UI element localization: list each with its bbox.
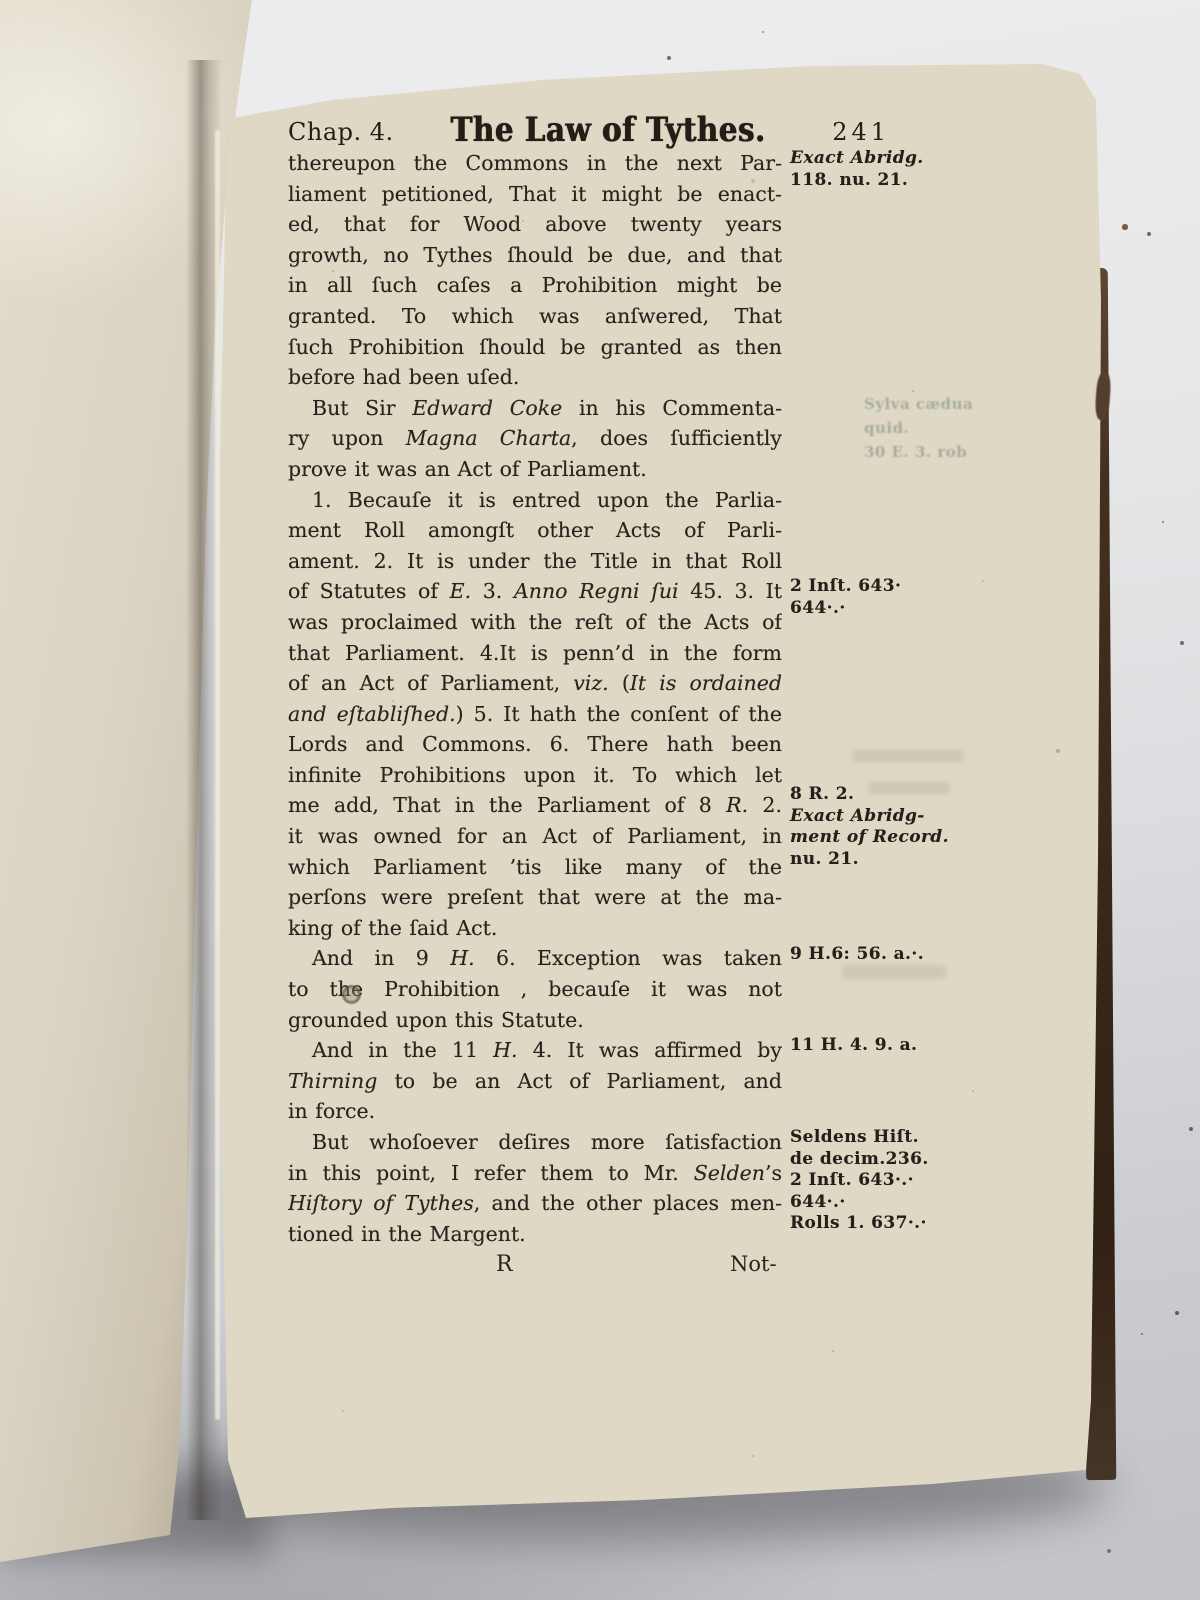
margin-note: 11 H. 4. 9. a. xyxy=(790,1035,952,1057)
text-line: 8 R. 2. xyxy=(790,784,952,806)
text-line: 30 E. 3. rob xyxy=(864,440,973,464)
text-line: Exact Abridg. xyxy=(790,148,952,170)
paragraph: But whoſoever deſires more ſatisfactioni… xyxy=(288,1127,782,1249)
text-line: liament petitioned, That it might be ena… xyxy=(288,179,782,210)
text-line: granted. To which was anſwered, That xyxy=(288,301,782,332)
book-photo: us Counſello:in or about the ſame yas a … xyxy=(0,0,1200,1600)
text-line: Exact Abridg- xyxy=(790,806,952,828)
text-line: and eſtabliſhed.) 5. It hath the conſent… xyxy=(288,699,782,730)
right-page: Chap. 4. The Law of Tythes. 241 Sylva cæ… xyxy=(212,60,1104,1528)
text-line: Thirning to be an Act of Parliament, and xyxy=(288,1066,782,1097)
text-line: it was owned for an Act of Parliament, i… xyxy=(288,821,782,852)
text-line: ſuch Prohibition ſhould be granted as th… xyxy=(288,332,782,363)
text-line: 1. Becauſe it is entred upon the Parlia- xyxy=(288,485,782,516)
ghost-smudge xyxy=(852,750,964,762)
paragraph: But Sir Edward Coke in his Commenta-ry u… xyxy=(288,393,782,485)
text-line: grounded upon this Statute. xyxy=(288,1005,782,1036)
running-title: The Law of Tythes. xyxy=(450,111,765,150)
text-line: de decim.236. xyxy=(790,1149,952,1171)
text-line: ed, that for Wood above twenty years xyxy=(288,209,782,240)
text-line: ament. 2. It is under the Title in that … xyxy=(288,546,782,577)
ghost-smudge xyxy=(842,965,946,979)
text-line: in this point, I refer them to Mr. Selde… xyxy=(288,1158,782,1189)
text-line: before had been uſed. xyxy=(288,362,782,393)
text-line: that Parliament. 4.It is penn’d in the f… xyxy=(288,638,782,669)
text-line: infinite Prohibitions upon it. To which … xyxy=(288,760,782,791)
text-line: 118. nu. 21. xyxy=(790,170,952,192)
paragraph: thereupon the Commons in the next Par-li… xyxy=(288,148,782,393)
text-line: 2 Inſt. 643·.· xyxy=(790,1170,952,1192)
ink-stain xyxy=(342,985,361,1004)
text-line: ment Roll amongſt other Acts of Parli- xyxy=(288,515,782,546)
chapter-label: Chap. 4. xyxy=(288,118,394,146)
text-line: perſons were preſent that were at the ma… xyxy=(288,882,782,913)
text-line: Lords and Commons. 6. There hath been xyxy=(288,729,782,760)
text-line: Hiſtory of Tythes, and the other places … xyxy=(288,1188,782,1219)
text-line: But whoſoever deſires more ſatisfaction xyxy=(288,1127,782,1158)
signature-row: R Not- xyxy=(288,1252,782,1284)
text-line: Seldens Hiſt. xyxy=(790,1127,952,1149)
text-line: nu. 21. xyxy=(790,849,952,871)
ghost-showthrough-text: Sylva cæduaquid.30 E. 3. rob xyxy=(864,392,973,464)
body-text: thereupon the Commons in the next Par-li… xyxy=(288,148,782,1249)
text-line: which Parliament ’tis like many of the xyxy=(288,852,782,883)
text-line: thereupon the Commons in the next Par- xyxy=(288,148,782,179)
text-line: of Statutes of E. 3. Anno Regni ſui 45. … xyxy=(288,576,782,607)
text-line: Sylva cædua xyxy=(864,392,973,416)
text-line: quid. xyxy=(864,416,973,440)
page-header: Chap. 4. The Law of Tythes. 241 xyxy=(288,112,890,148)
margin-note: 8 R. 2.Exact Abridg-ment of Record.nu. 2… xyxy=(790,784,952,870)
text-line: And in the 11 H. 4. It was affirmed by xyxy=(288,1035,782,1066)
text-line: to the Prohibition , becauſe it was not xyxy=(288,974,782,1005)
paragraph: And in the 11 H. 4. It was affirmed byTh… xyxy=(288,1035,782,1127)
page-number: 241 xyxy=(832,118,890,146)
text-line: 644·.· xyxy=(790,1192,952,1214)
text-line: But Sir Edward Coke in his Commenta- xyxy=(288,393,782,424)
margin-note: Seldens Hiſt.de decim.236.2 Inſt. 643·.·… xyxy=(790,1127,952,1235)
left-page-edge-highlight xyxy=(215,130,220,1420)
text-line: me add, That in the Parliament of 8 R. 2… xyxy=(288,790,782,821)
margin-note: Exact Abridg.118. nu. 21. xyxy=(790,148,952,191)
text-line: 644·.· xyxy=(790,598,952,620)
margin-note: 2 Inſt. 643·644·.· xyxy=(790,576,952,619)
paragraph: And in 9 H. 6. Exception was takento the… xyxy=(288,943,782,1035)
text-line: of an Act of Parliament, viz. (It is ord… xyxy=(288,668,782,699)
margin-note: 9 H.6: 56. a.·. xyxy=(790,944,952,966)
text-line: growth, no Tythes ſhould be due, and tha… xyxy=(288,240,782,271)
text-line: tioned in the Margent. xyxy=(288,1219,782,1250)
text-line: And in 9 H. 6. Exception was taken xyxy=(288,943,782,974)
text-line: ry upon Magna Charta, does ſufficiently xyxy=(288,423,782,454)
text-line: king of the ſaid Act. xyxy=(288,913,782,944)
text-line: 9 H.6: 56. a.·. xyxy=(790,944,952,966)
text-line: prove it was an Act of Parliament. xyxy=(288,454,782,485)
signature-mark: R xyxy=(496,1252,513,1277)
text-line: 11 H. 4. 9. a. xyxy=(790,1035,952,1057)
text-line: 2 Inſt. 643· xyxy=(790,576,952,598)
text-line: ment of Record. xyxy=(790,827,952,849)
text-line: Rolls 1. 637·.· xyxy=(790,1213,952,1235)
text-line: was proclaimed with the reſt of the Acts… xyxy=(288,607,782,638)
catchword: Not- xyxy=(730,1252,777,1276)
text-line: in all ſuch caſes a Prohibition might be xyxy=(288,270,782,301)
paragraph: 1. Becauſe it is entred upon the Parlia-… xyxy=(288,485,782,944)
text-line: in force. xyxy=(288,1096,782,1127)
